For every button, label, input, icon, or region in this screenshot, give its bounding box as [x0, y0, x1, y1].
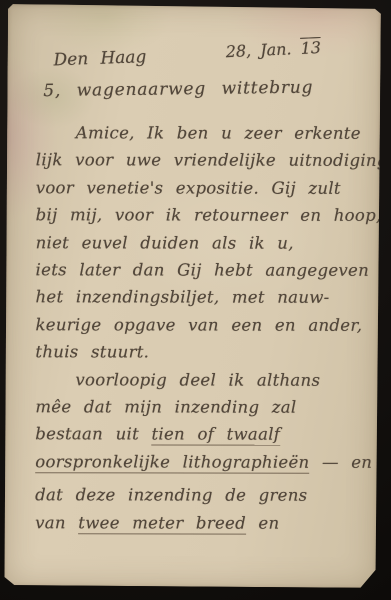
letter-line: van twee meter breed en — [35, 509, 366, 537]
handwritten-text: voor venetie's expositie. Gij zult — [36, 178, 341, 198]
letter-line: voorloopig deel ik althans — [35, 366, 366, 394]
underlined-text: tien of twaalf — [151, 425, 280, 446]
underlined-text: oorspronkelijke lithographieën — [35, 452, 309, 473]
letter-body: Amice, Ik ben u zeer erkentelijk voor uw… — [35, 119, 367, 537]
letter-place: Den Haag — [53, 47, 146, 70]
letter-date-daymonth: 28, Jan. — [225, 39, 292, 61]
letter-line: dat deze inzending de grens — [35, 482, 366, 510]
letter-line: thuis stuurt. — [35, 338, 366, 366]
letter-date: 28, Jan. 13 — [225, 38, 321, 61]
handwritten-text: van — [35, 513, 78, 532]
handwritten-text: keurige opgave van een en ander, — [35, 315, 362, 335]
letter-line: Amice, Ik ben u zeer erkente — [36, 119, 367, 147]
photo-background: Den Haag 28, Jan. 13 5, wagenaarweg witt… — [0, 0, 391, 600]
underlined-text: twee meter breed — [78, 513, 246, 534]
handwritten-text: Amice, Ik ben u zeer erkente — [76, 123, 361, 142]
letter-line: het inzendingsbiljet, met nauw- — [35, 284, 366, 312]
handwritten-text: voorloopig deel ik althans — [75, 370, 320, 389]
handwritten-text: het inzendingsbiljet, met nauw- — [35, 288, 329, 308]
letter-line: bestaan uit tien of twaalf — [35, 421, 366, 449]
letter-line: voor venetie's expositie. Gij zult — [36, 174, 367, 202]
handwritten-text: — en — [309, 453, 372, 472]
handwritten-text: lijk voor uwe vriendelijke uitnodiging — [36, 151, 388, 171]
letter-line: bij mij, voor ik retourneer en hoop, — [36, 201, 367, 229]
handwritten-text: dat deze inzending de grens — [35, 486, 307, 505]
letter-line: iets later dan Gij hebt aangegeven — [36, 256, 367, 284]
letter-line: lijk voor uwe vriendelijke uitnodiging — [36, 147, 367, 175]
handwritten-text: iets later dan Gij hebt aangegeven — [36, 260, 370, 280]
letter-line: oorspronkelijke lithographieën — en — [35, 448, 366, 476]
handwritten-text: bestaan uit — [35, 425, 151, 444]
letter-line: niet euvel duiden als ik u, — [36, 229, 367, 257]
handwritten-text: bij mij, voor ik retourneer en hoop, — [36, 205, 382, 225]
handwritten-text: mêe dat mijn inzending zal — [35, 397, 296, 416]
letter-paper: Den Haag 28, Jan. 13 5, wagenaarweg witt… — [3, 4, 381, 589]
letter-line: mêe dat mijn inzending zal — [35, 393, 366, 421]
letter-line: keurige opgave van een en ander, — [35, 311, 366, 339]
handwritten-text: en — [246, 513, 280, 532]
handwritten-text: niet euvel duiden als ik u, — [36, 233, 294, 252]
handwritten-text: thuis stuurt. — [35, 342, 149, 361]
letter-address: 5, wagenaarweg wittebrug — [43, 78, 313, 102]
letter-date-year: 13 — [300, 38, 321, 58]
